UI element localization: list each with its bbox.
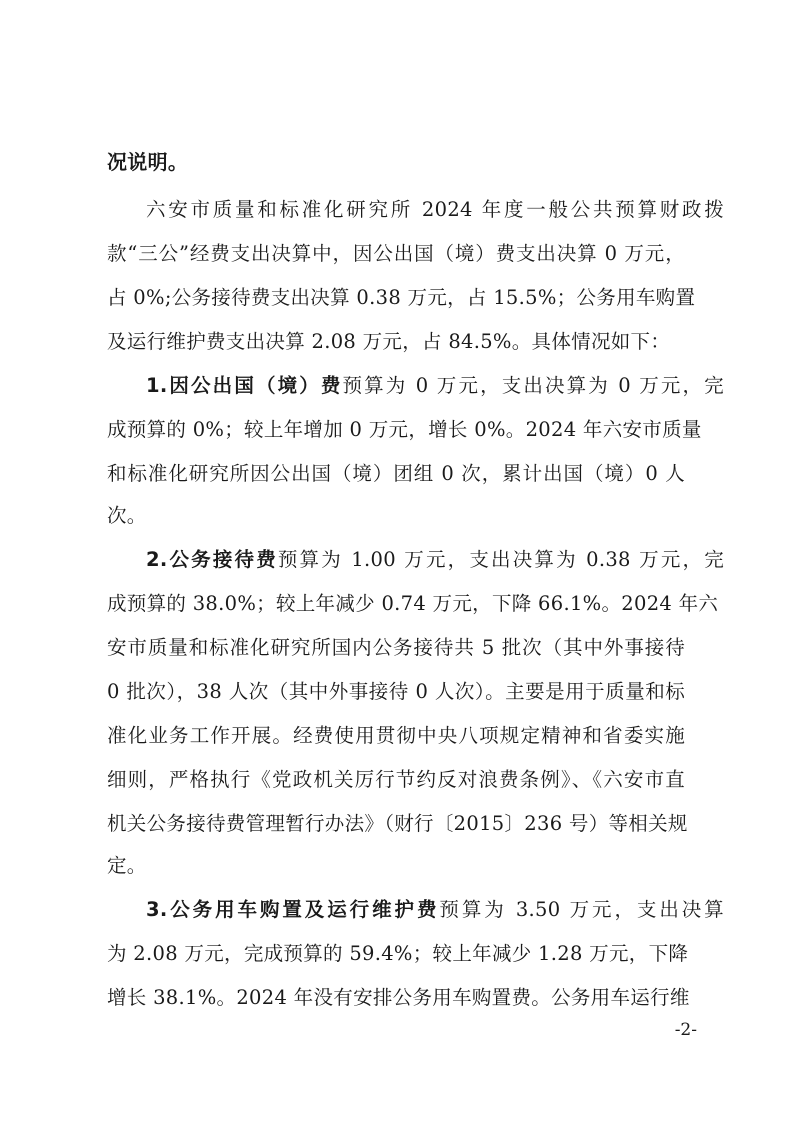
paragraph-line: 增长 38.1%。2024 年没有安排公务用车购置费。公务用车运行维 (107, 984, 685, 1012)
section-1-title: 1.因公出国（境）费 (146, 374, 343, 397)
section-1-text: 预算为 0 万元，支出决算为 0 万元，完 (343, 374, 724, 397)
paragraph-line: 成预算的 38.0%；较上年减少 0.74 万元，下降 66.1%。2024 年… (107, 590, 685, 618)
paragraph-line: 及运行维护费支出决算 2.08 万元，占 84.5%。具体情况如下： (107, 328, 685, 356)
paragraph-line: 和标准化研究所因公出国（境）团组 0 次，累计出国（境）0 人 (107, 460, 685, 488)
section-heading-fragment: 况说明。 (107, 148, 685, 176)
paragraph-line: 安市质量和标准化研究所国内公务接待共 5 批次（其中外事接待 (107, 634, 685, 662)
section-2-title: 2.公务接待费 (146, 548, 278, 571)
page-number: -2- (675, 1020, 697, 1040)
section-2-text: 预算为 1.00 万元，支出决算为 0.38 万元，完 (278, 548, 724, 571)
section-3-title: 3.公务用车购置及运行维护费 (146, 898, 439, 921)
paragraph-line: 成预算的 0%；较上年增加 0 万元，增长 0%。2024 年六安市质量 (107, 416, 685, 444)
paragraph-line: 占 0%;公务接待费支出决算 0.38 万元，占 15.5%；公务用车购置 (107, 284, 685, 312)
paragraph-line: 款“三公”经费支出决算中，因公出国（境）费支出决算 0 万元， (107, 240, 685, 268)
paragraph-line: 0 批次），38 人次（其中外事接待 0 人次）。主要是用于质量和标 (107, 678, 685, 706)
paragraph-line: 六安市质量和标准化研究所 2024 年度一般公共预算财政拨 (107, 196, 724, 224)
paragraph-line: 细则，严格执行《党政机关厉行节约反对浪费条例》、《六安市直 (107, 766, 685, 794)
section-1-first-line: 1.因公出国（境）费预算为 0 万元，支出决算为 0 万元，完 (107, 372, 724, 400)
paragraph-line: 次。 (107, 502, 685, 530)
section-3-first-line: 3.公务用车购置及运行维护费预算为 3.50 万元，支出决算 (107, 896, 724, 924)
section-2-first-line: 2.公务接待费预算为 1.00 万元，支出决算为 0.38 万元，完 (107, 546, 724, 574)
paragraph-line: 机关公务接待费管理暂行办法》（财行〔2015〕236 号）等相关规 (107, 810, 685, 838)
paragraph-line: 为 2.08 万元，完成预算的 59.4%；较上年减少 1.28 万元，下降 (107, 940, 685, 968)
section-3-text: 预算为 3.50 万元，支出决算 (439, 898, 724, 921)
paragraph-line: 定。 (107, 852, 685, 880)
paragraph-line: 准化业务工作开展。经费使用贯彻中央八项规定精神和省委实施 (107, 722, 685, 750)
